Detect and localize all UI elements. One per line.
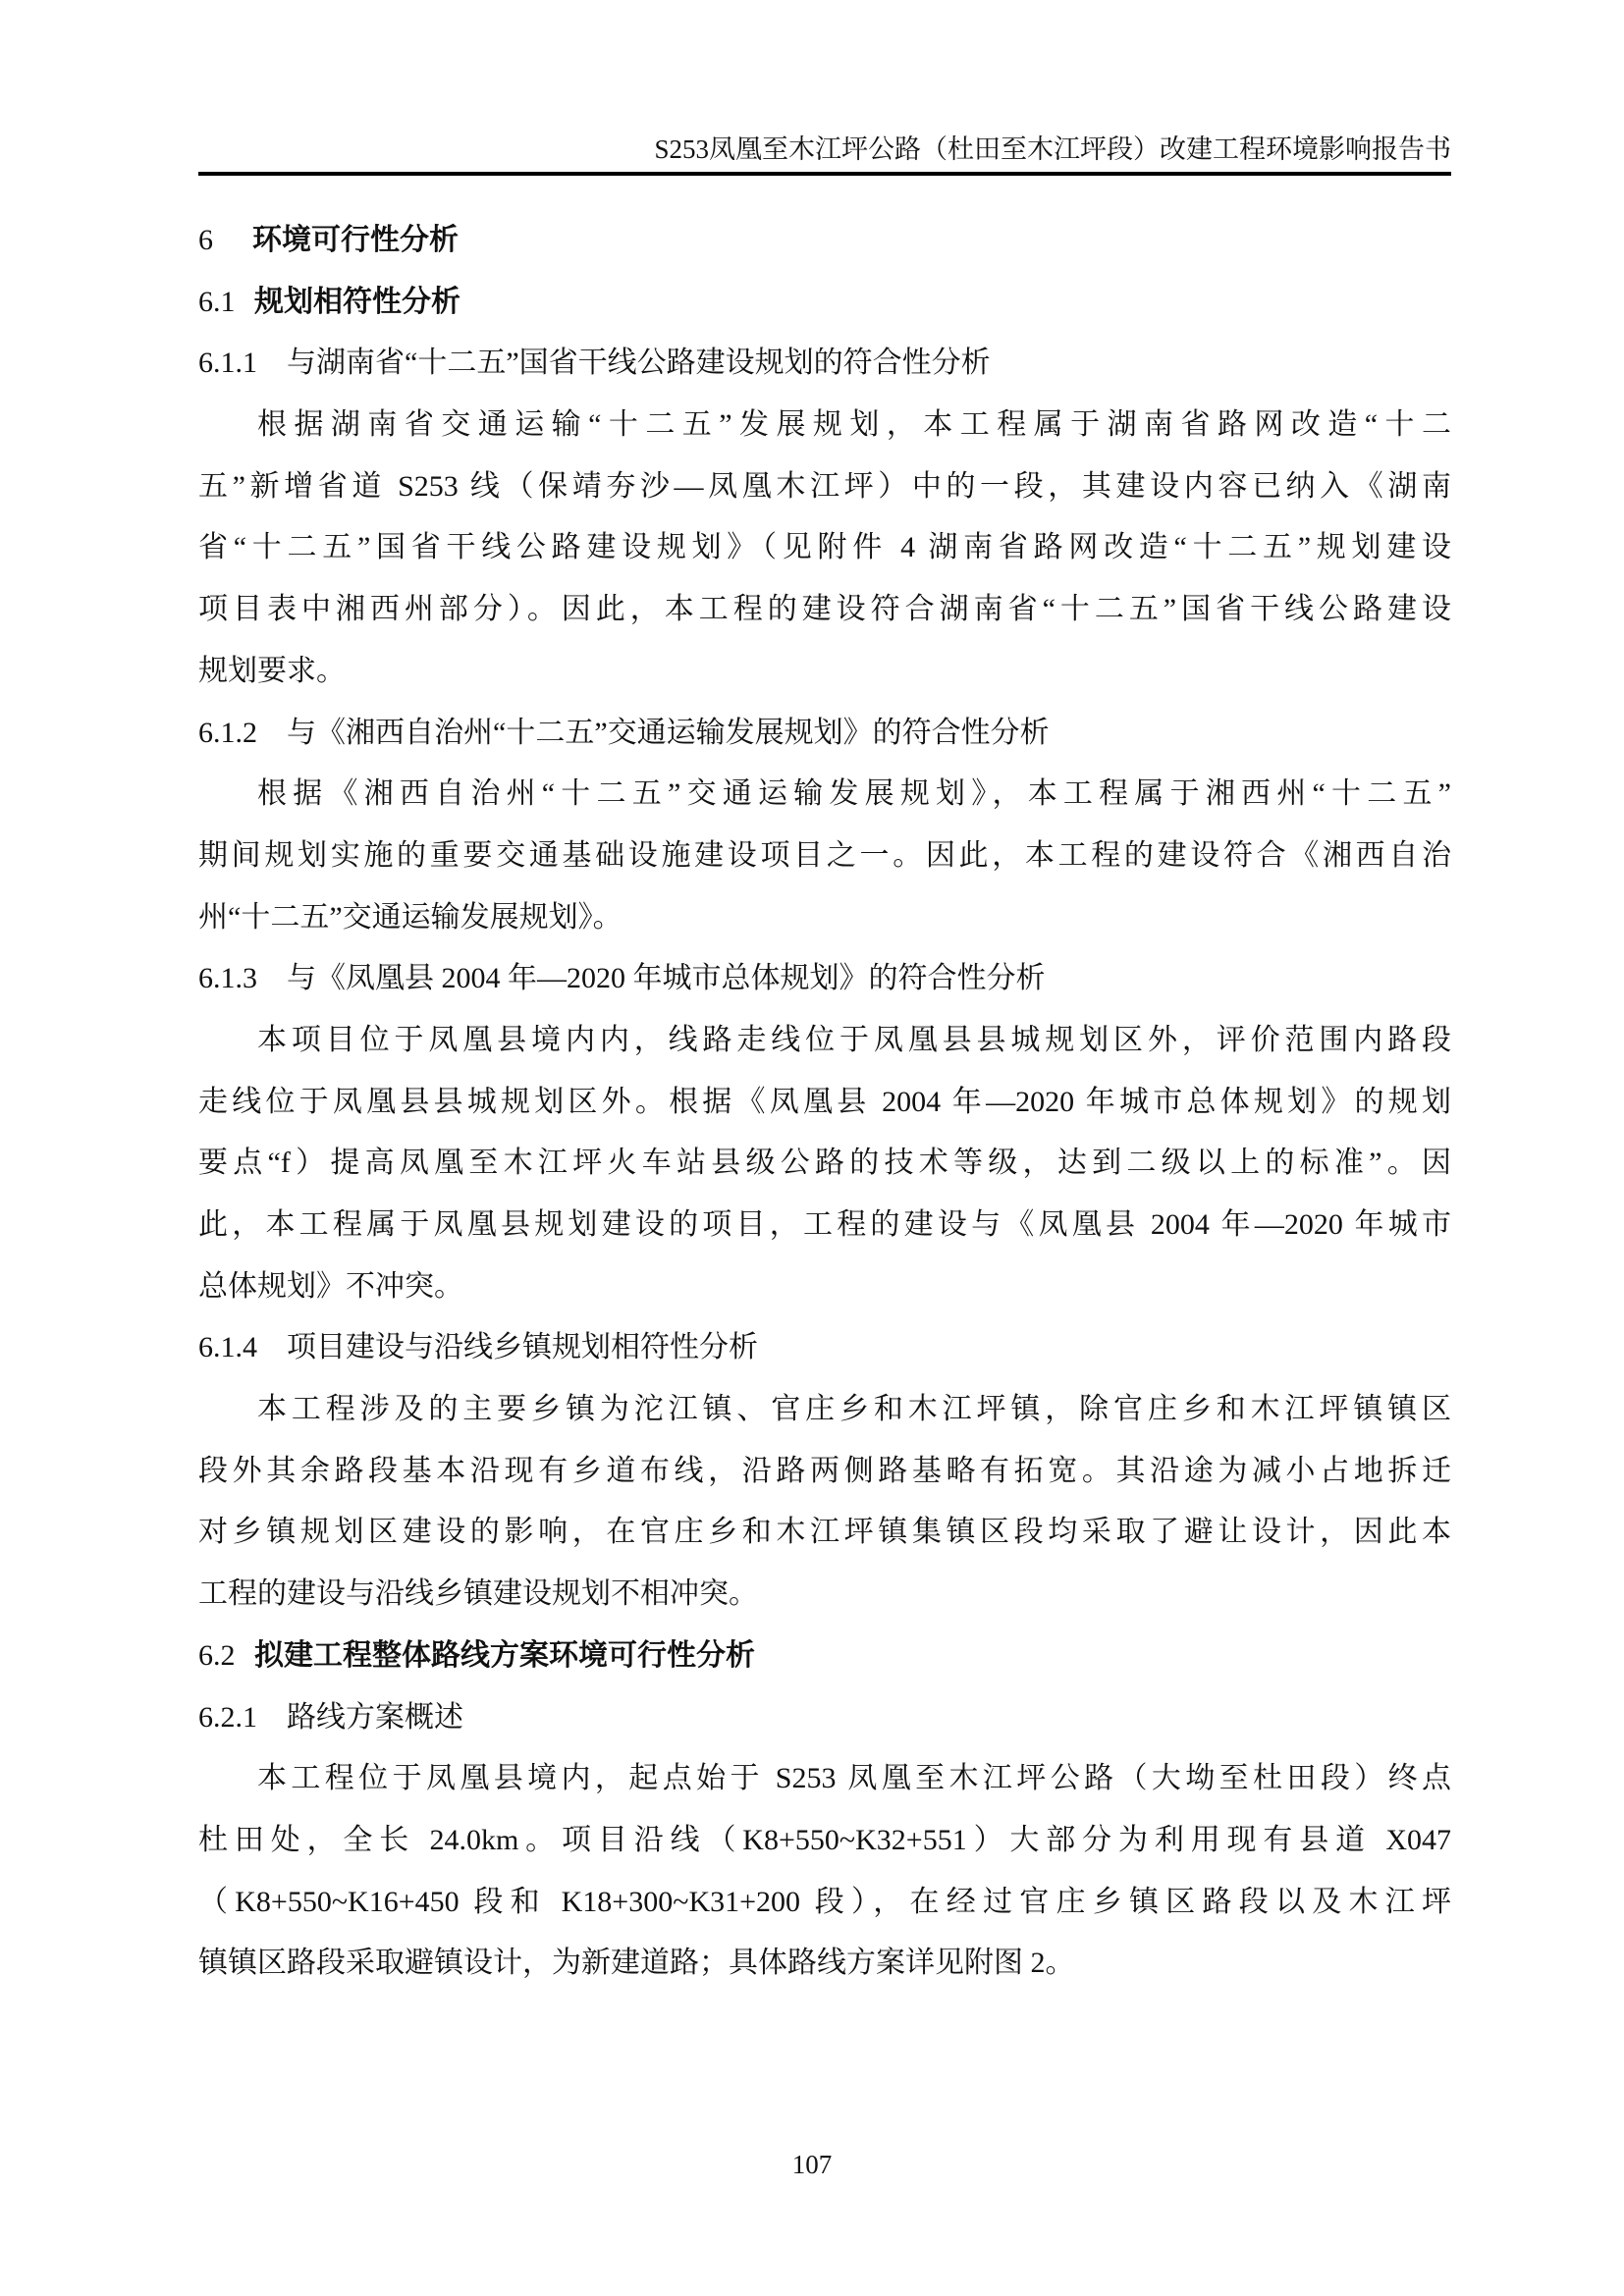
heading-title: 与《凤凰县 2004 年—2020 年城市总体规划》的符合性分析 [287,962,1046,994]
heading-title: 项目建设与沿线乡镇规划相符性分析 [287,1331,758,1363]
paragraph-line: 根据《湘西自治州“十二五”交通运输发展规划》，本工程属于湘西州“十二五” [198,764,1451,826]
heading-title: 规划相符性分析 [254,286,460,318]
heading-section-6-1-2: 6.1.2与《湘西自治州“十二五”交通运输发展规划》的符合性分析 [198,703,1451,765]
header-rule [198,172,1451,176]
heading-chapter-6: 6环境可行性分析 [198,210,1451,272]
heading-title: 路线方案概述 [287,1701,463,1734]
paragraph-line: 工程的建设与沿线乡镇建设规划不相冲突。 [198,1564,1451,1626]
page-number: 107 [0,2150,1624,2180]
heading-number: 6.1.2 [198,703,287,765]
paragraph-line: （K8+550~K16+450 段和 K18+300~K31+200 段），在经… [198,1872,1451,1934]
heading-section-6-1-4: 6.1.4项目建设与沿线乡镇规划相符性分析 [198,1317,1451,1379]
heading-number: 6.1 [198,272,254,334]
heading-section-6-2: 6.2拟建工程整体路线方案环境可行性分析 [198,1626,1451,1687]
paragraph-line: 规划要求。 [198,641,1451,703]
heading-section-6-2-1: 6.2.1路线方案概述 [198,1687,1451,1749]
paragraph-line: 期间规划实施的重要交通基础设施建设项目之一。因此，本工程的建设符合《湘西自治 [198,826,1451,887]
heading-number: 6.1.4 [198,1317,287,1379]
paragraph-line: 省“十二五”国省干线公路建设规划》（见附件 4 湖南省路网改造“十二五”规划建设 [198,517,1451,579]
heading-number: 6.2.1 [198,1687,287,1749]
heading-number: 6 [198,210,252,272]
paragraph-line: 段外其余路段基本沿现有乡道布线，沿路两侧路基略有拓宽。其沿途为减小占地拆迁 [198,1441,1451,1503]
paragraph-line: 此，本工程属于凤凰县规划建设的项目，工程的建设与《凤凰县 2004 年—2020… [198,1195,1451,1256]
paragraph-6-1-3: 本项目位于凤凰县境内内，线路走线位于凤凰县县城规划区外，评价范围内路段 走线位于… [198,1010,1451,1317]
heading-number: 6.1.3 [198,948,287,1010]
paragraph-line: 对乡镇规划区建设的影响，在官庄乡和木江坪镇集镇区段均采取了避让设计，因此本 [198,1502,1451,1564]
document-body: 6环境可行性分析 6.1规划相符性分析 6.1.1与湖南省“十二五”国省干线公路… [198,210,1451,1995]
paragraph-6-1-1: 根据湖南省交通运输“十二五”发展规划，本工程属于湖南省路网改造“十二 五”新增省… [198,395,1451,702]
heading-number: 6.1.1 [198,333,287,395]
heading-title: 环境可行性分析 [252,224,459,256]
paragraph-line: 总体规划》不冲突。 [198,1256,1451,1318]
heading-section-6-1-1: 6.1.1与湖南省“十二五”国省干线公路建设规划的符合性分析 [198,333,1451,395]
paragraph-line: 镇镇区路段采取避镇设计，为新建道路；具体路线方案详见附图 2。 [198,1933,1451,1995]
paragraph-line: 要点“f）提高凤凰至木江坪火车站县级公路的技术等级，达到二级以上的标准”。因 [198,1133,1451,1195]
paragraph-6-2-1: 本工程位于凤凰县境内，起点始于 S253 凤凰至木江坪公路（大坳至杜田段）终点 … [198,1748,1451,1995]
heading-number: 6.2 [198,1626,254,1687]
heading-section-6-1: 6.1规划相符性分析 [198,272,1451,334]
heading-title: 与湖南省“十二五”国省干线公路建设规划的符合性分析 [287,347,991,379]
paragraph-line: 本工程涉及的主要乡镇为沱江镇、官庄乡和木江坪镇，除官庄乡和木江坪镇镇区 [198,1379,1451,1441]
heading-title: 与《湘西自治州“十二五”交通运输发展规划》的符合性分析 [287,717,1050,749]
paragraph-line: 走线位于凤凰县县城规划区外。根据《凤凰县 2004 年—2020 年城市总体规划… [198,1072,1451,1134]
paragraph-line: 五”新增省道 S253 线（保靖夯沙—凤凰木江坪）中的一段，其建设内容已纳入《湖… [198,456,1451,518]
paragraph-line: 根据湖南省交通运输“十二五”发展规划，本工程属于湖南省路网改造“十二 [198,395,1451,456]
heading-title: 拟建工程整体路线方案环境可行性分析 [254,1639,755,1672]
paragraph-line: 州“十二五”交通运输发展规划》。 [198,887,1451,949]
paragraph-6-1-2: 根据《湘西自治州“十二五”交通运输发展规划》，本工程属于湘西州“十二五” 期间规… [198,764,1451,948]
paragraph-line: 杜田处，全长 24.0km。项目沿线（K8+550~K32+551）大部分为利用… [198,1810,1451,1872]
paragraph-line: 本工程位于凤凰县境内，起点始于 S253 凤凰至木江坪公路（大坳至杜田段）终点 [198,1748,1451,1810]
paragraph-6-1-4: 本工程涉及的主要乡镇为沱江镇、官庄乡和木江坪镇，除官庄乡和木江坪镇镇区 段外其余… [198,1379,1451,1626]
heading-section-6-1-3: 6.1.3与《凤凰县 2004 年—2020 年城市总体规划》的符合性分析 [198,948,1451,1010]
paragraph-line: 本项目位于凤凰县境内内，线路走线位于凤凰县县城规划区外，评价范围内路段 [198,1010,1451,1072]
running-header: S253凤凰至木江坪公路（杜田至木江坪段）改建工程环境影响报告书 [198,130,1451,169]
paragraph-line: 项目表中湘西州部分）。因此，本工程的建设符合湖南省“十二五”国省干线公路建设 [198,579,1451,641]
